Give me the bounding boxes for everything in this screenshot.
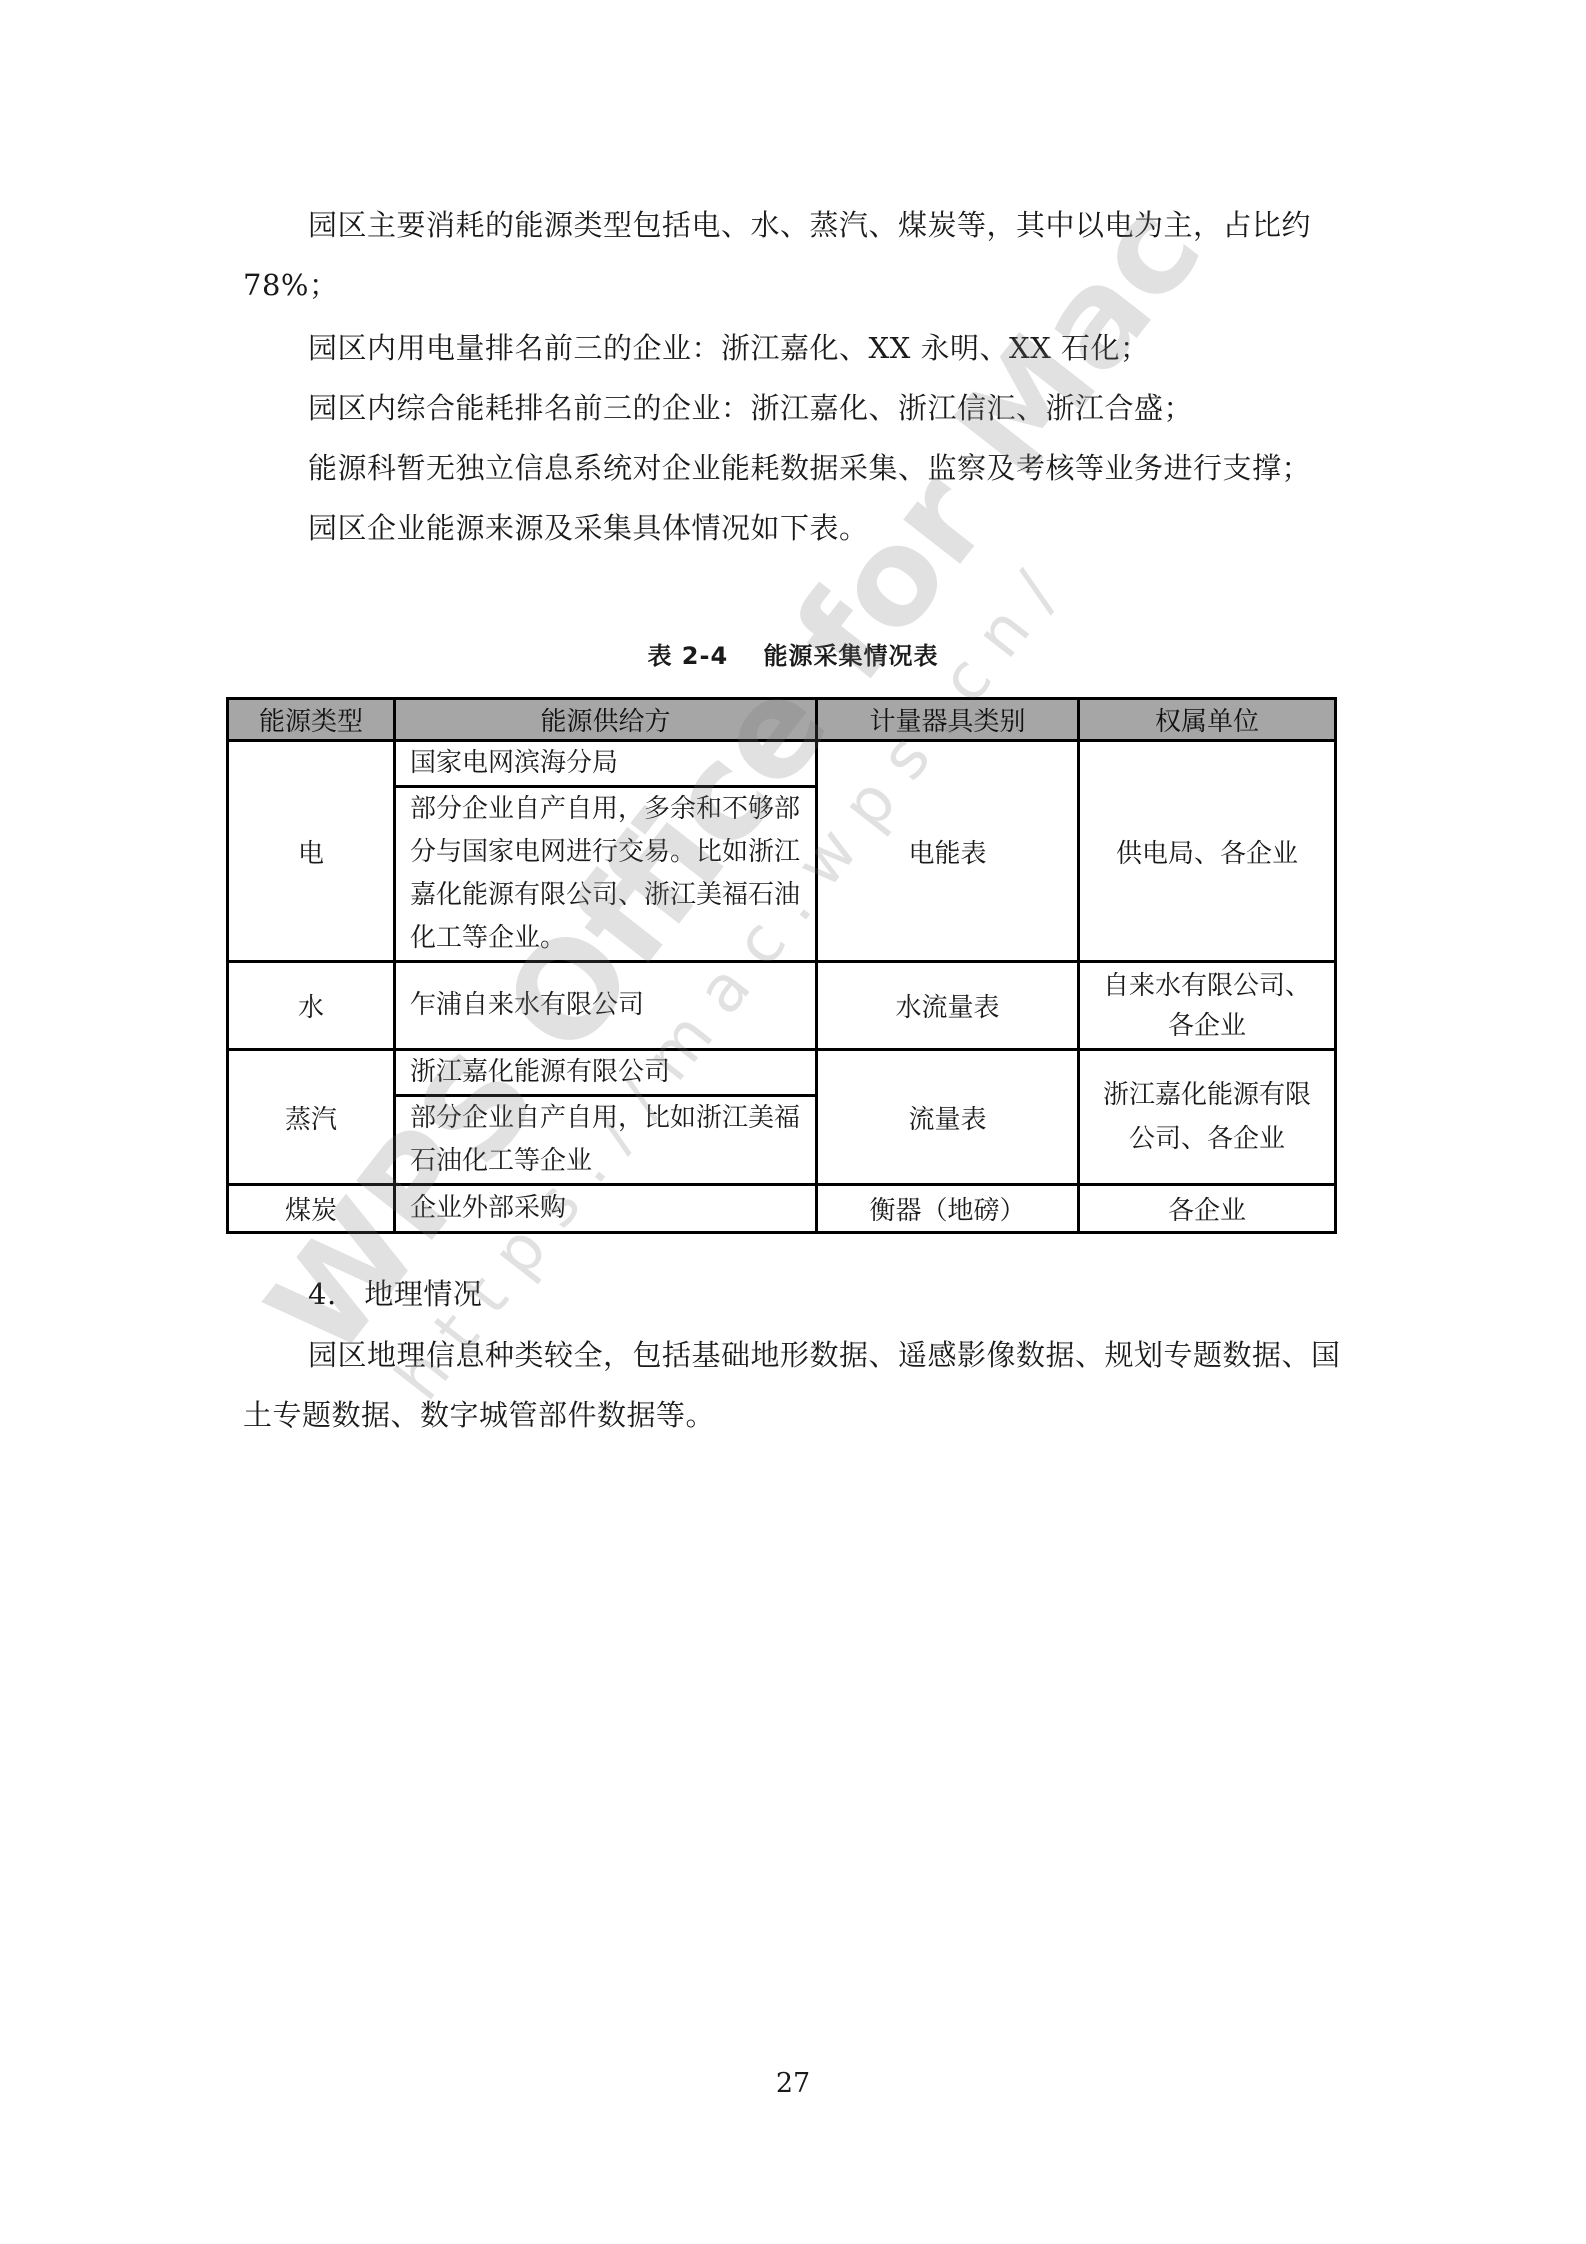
table-caption: 表 2-4 能源采集情况表 [0,636,1586,671]
header-owner: 权属单位 [1079,699,1336,741]
cell-supplier: 企业外部采购 [395,1185,817,1233]
cell-meter: 流量表 [817,1050,1079,1185]
paragraph-energy-types: 园区主要消耗的能源类型包括电、水、蒸汽、煤炭等，其中以电为主，占比约 78%； [243,195,1353,315]
cell-meter: 电能表 [817,741,1079,962]
table-row: 电 国家电网滨海分局 电能表 供电局、各企业 [228,741,1336,787]
cell-supplier: 国家电网滨海分局 [395,741,817,787]
cell-type-electricity: 电 [228,741,395,962]
section-number: 4. [308,1277,337,1311]
header-supplier: 能源供给方 [395,699,817,741]
header-meter-type: 计量器具类别 [817,699,1079,741]
section-title: 地理情况 [364,1277,482,1311]
cell-owner: 自来水有限公司、各企业 [1079,962,1336,1050]
page-number: 27 [0,2068,1586,2099]
cell-supplier: 部分企业自产自用，多余和不够部分与国家电网进行交易。比如浙江嘉化能源有限公司、浙… [395,787,817,962]
cell-meter: 水流量表 [817,962,1079,1050]
paragraph-top-consumption: 园区内综合能耗排名前三的企业：浙江嘉化、浙江信汇、浙江合盛； [243,378,1353,438]
cell-type-water: 水 [228,962,395,1050]
cell-supplier: 乍浦自来水有限公司 [395,962,817,1050]
table-caption-title: 能源采集情况表 [764,642,939,670]
paragraph-geography: 园区地理信息种类较全，包括基础地形数据、遥感影像数据、规划专题数据、国土专题数据… [243,1325,1353,1445]
cell-supplier: 浙江嘉化能源有限公司 [395,1050,817,1096]
paragraph-no-system: 能源科暂无独立信息系统对企业能耗数据采集、监察及考核等业务进行支撑； [243,438,1353,498]
table-row: 水 乍浦自来水有限公司 水流量表 自来水有限公司、各企业 [228,962,1336,1050]
paragraph-top-electricity: 园区内用电量排名前三的企业：浙江嘉化、XX 永明、XX 石化； [243,318,1353,378]
cell-meter: 衡器（地磅） [817,1185,1079,1233]
table-row: 煤炭 企业外部采购 衡器（地磅） 各企业 [228,1185,1336,1233]
cell-owner: 供电局、各企业 [1079,741,1336,962]
header-energy-type: 能源类型 [228,699,395,741]
table-header-row: 能源类型 能源供给方 计量器具类别 权属单位 [228,699,1336,741]
cell-owner: 各企业 [1079,1185,1336,1233]
cell-owner: 浙江嘉化能源有限公司、各企业 [1079,1050,1336,1185]
energy-collection-table: 能源类型 能源供给方 计量器具类别 权属单位 电 国家电网滨海分局 电能表 供电… [226,697,1337,1234]
cell-type-coal: 煤炭 [228,1185,395,1233]
section-heading: 4. 地理情况 [308,1272,482,1313]
table-row: 蒸汽 浙江嘉化能源有限公司 流量表 浙江嘉化能源有限公司、各企业 [228,1050,1336,1096]
cell-type-steam: 蒸汽 [228,1050,395,1185]
cell-supplier: 部分企业自产自用，比如浙江美福石油化工等企业 [395,1096,817,1185]
paragraph-table-intro: 园区企业能源来源及采集具体情况如下表。 [243,498,1353,558]
table-caption-number: 表 2-4 [647,642,728,670]
